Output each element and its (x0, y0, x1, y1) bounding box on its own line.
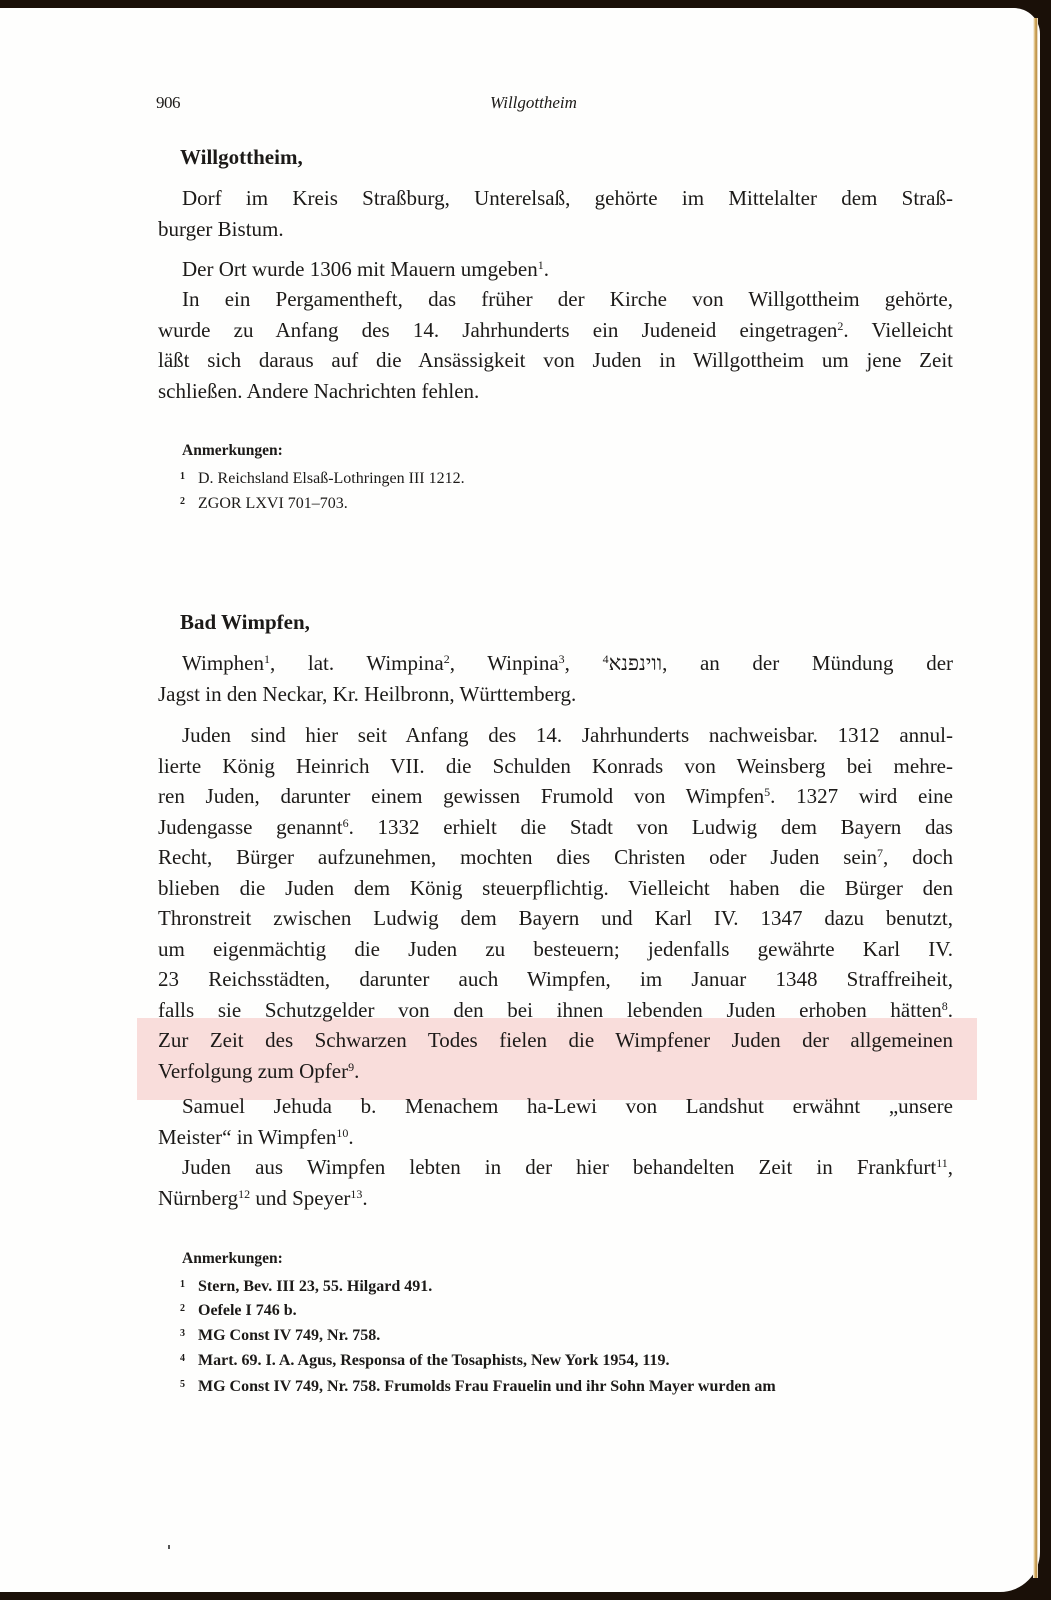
footnote: 2ZGOR LXVI 701–703. (180, 495, 348, 513)
paragraph: In ein Pergamentheft, das früher der Kir… (158, 284, 953, 406)
footnote: 1D. Reichsland Elsaß-Lothringen III 1212… (180, 470, 465, 488)
footnote: 4Mart. 69. I. A. Agus, Responsa of the T… (180, 1352, 669, 1370)
footnote-ref[interactable]: 13 (350, 1187, 362, 1201)
highlighted-line: Zur Zeit des Schwarzen Todes fielen die … (158, 1025, 953, 1056)
paragraph: Juden sind hier seit Anfang des 14. Jahr… (158, 720, 953, 1086)
footnote-ref[interactable]: 12 (238, 1187, 250, 1201)
footnote: 3MG Const IV 749, Nr. 758. (180, 1327, 380, 1345)
footnote: 1Stern, Bev. III 23, 55. Hilgard 491. (180, 1278, 432, 1296)
footnote: 5MG Const IV 749, Nr. 758. Frumolds Frau… (180, 1378, 776, 1396)
notes-heading: Anmerkungen: (182, 1250, 283, 1268)
entry-title-bad-wimpfen: Bad Wimpfen, (180, 610, 310, 635)
notes-heading: Anmerkungen: (182, 442, 283, 460)
footnote-ref[interactable]: 10 (336, 1126, 348, 1140)
paragraph: Dorf im Kreis Straßburg, Unterelsaß, geh… (158, 183, 953, 244)
footnote-ref[interactable]: 11 (936, 1156, 948, 1170)
entry-title-willgottheim: Willgottheim, (180, 145, 303, 170)
paragraph: Wimphen1, lat. Wimpina2, Winpina3, ווינפ… (158, 648, 953, 709)
paragraph: Der Ort wurde 1306 mit Mauern umgeben1. (158, 254, 953, 285)
page-edge (1033, 18, 1038, 1578)
paragraph: Samuel Jehuda b. Menachem ha-Lewi von La… (158, 1091, 953, 1152)
footnote: 2Oefele I 746 b. (180, 1302, 297, 1320)
page-number: 906 (156, 93, 180, 113)
highlighted-line: Verfolgung zum Opfer9. (158, 1056, 953, 1087)
print-speck (168, 1545, 170, 1549)
running-title: Willgottheim (490, 93, 577, 113)
paragraph: Juden aus Wimpfen lebten in der hier beh… (158, 1152, 953, 1213)
